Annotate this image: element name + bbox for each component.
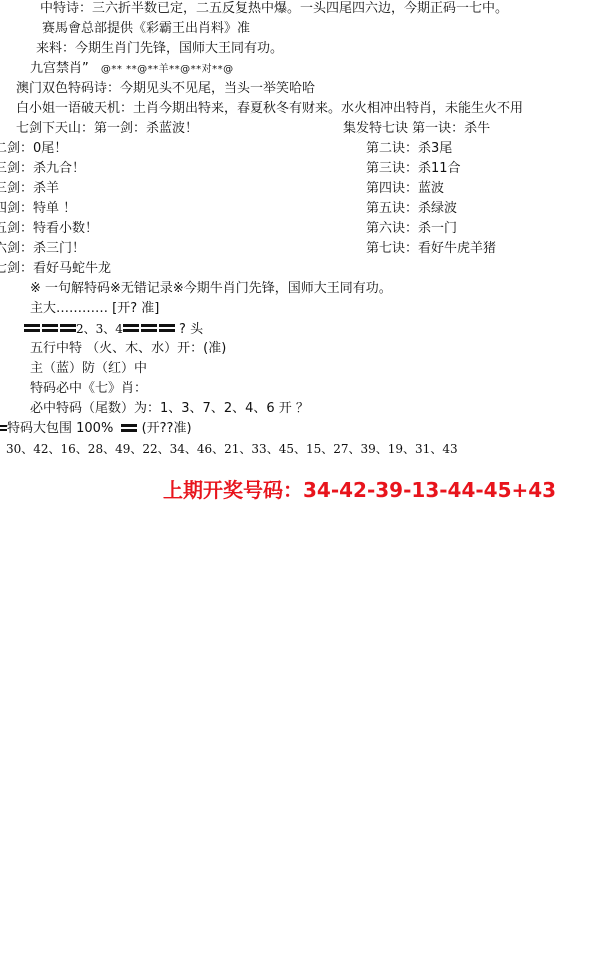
sword-row: 四剑：特单 ！	[0, 200, 76, 218]
secret-label: 第七诀：	[366, 241, 418, 256]
secret-row: 第七诀：看好牛虎羊猪	[366, 240, 496, 258]
sword-value: 看好马蛇牛龙	[33, 261, 111, 276]
sword-row: 三剑：杀羊	[0, 180, 59, 198]
sword-label: 五剑：	[0, 221, 33, 236]
secret-row: 第六诀：杀一门	[366, 220, 457, 238]
secret-label: 第六诀：	[366, 221, 418, 236]
last-draw-label: 上期开奖号码：	[163, 478, 303, 502]
last-draw-line: 上期开奖号码：34-42-39-13-44-45+43	[163, 476, 556, 504]
package-numbers: 30、42、16、28、49、22、34、46、21、33、45、15、27、3…	[6, 440, 458, 458]
sword-row: 五剑：特看小数！	[0, 220, 98, 238]
package-label: 特码大包围 100%	[7, 421, 113, 436]
secret-label: 第三诀：	[366, 161, 418, 176]
poem-line: 中特诗：三六折半数已定，二五反复热中爆。一头四尾四六边，今期正码一七中。	[40, 0, 508, 18]
provider-line: 赛馬會总部提供《彩霸王出肖料》准	[42, 20, 250, 38]
secret-value: 杀一门	[418, 221, 457, 236]
bar-icon	[0, 425, 7, 433]
secret-label: 第一诀：	[412, 121, 464, 136]
secret-value: 蓝波	[418, 181, 444, 196]
triple-bar-icon	[123, 321, 175, 339]
main-big-line: 主大………… [开? 准]	[30, 300, 159, 318]
seven-secrets-title: 集发特七诀	[343, 121, 408, 136]
macau-poem-line: 澳门双色特码诗：今期见头不见尾，当头一举笑哈哈	[16, 80, 315, 98]
sword-label: 三剑：	[0, 181, 33, 196]
color-line: 主（蓝）防（红）中	[30, 360, 147, 378]
tail-line: 必中特码（尾数）为：1、3、7、2、4、6 开 ？	[30, 400, 309, 418]
heads-suffix: ? 头	[175, 322, 203, 337]
secret-row: 第三诀：杀11合	[366, 160, 461, 178]
sword-value: 特单 ！	[33, 201, 76, 216]
heads-line: 2、3、4 ? 头	[24, 320, 203, 338]
nine-palace-line: 九宫禁肖” @** **@**羊**@**对**@	[30, 60, 234, 78]
sword-row: 二剑：0尾！	[0, 140, 67, 158]
secret-value: 杀绿波	[418, 201, 457, 216]
nine-palace-code: @** **@**羊**@**对**@	[101, 64, 234, 75]
package-suffix: (开??准)	[137, 421, 191, 436]
secret-row: 第五诀：杀绿波	[366, 200, 457, 218]
nine-palace-label: 九宫禁肖”	[30, 61, 89, 76]
sword-label: 二剑：	[0, 141, 33, 156]
sword-value: 杀羊	[33, 181, 59, 196]
record-line: ※ 一句解特码※无错记录※今期牛肖门先锋，国师大王同有功。	[30, 280, 392, 298]
last-draw-numbers: 34-42-39-13-44-45+43	[303, 478, 556, 502]
secret-row: 第二诀：杀3尾	[366, 140, 452, 158]
sword-value: 杀九合！	[33, 161, 85, 176]
sword-row: 六剑：杀三门！	[0, 240, 85, 258]
sword-value: 特看小数！	[33, 221, 98, 236]
zodiac-line: 特码必中《七》肖：	[30, 380, 147, 398]
sword-label: 六剑：	[0, 241, 33, 256]
five-elements-line: 五行中特 （火、木、水）开：(准)	[30, 340, 226, 358]
miss-bai-line: 白小姐一语破天机：土肖今期出特来，春夏秋冬有财来。水火相冲出特肖，未能生火不用	[16, 100, 523, 118]
secret-label: 第二诀：	[366, 141, 418, 156]
bar-icon	[121, 424, 137, 434]
sword-label: 四剑：	[0, 201, 33, 216]
sword-label: 三剑：	[0, 161, 33, 176]
sword-row: 三剑：杀九合！	[0, 160, 85, 178]
triple-bar-icon	[24, 321, 76, 339]
secret-value: 杀3尾	[418, 141, 452, 156]
seven-secrets-header: 集发特七诀 第一诀：杀牛	[343, 120, 490, 138]
sword-row: 七剑：看好马蛇牛龙	[0, 260, 111, 278]
secret-label: 第四诀：	[366, 181, 418, 196]
source-line: 来料：今期生肖门先锋，国师大王同有功。	[36, 40, 283, 58]
sword-label: 第一剑：	[94, 121, 146, 136]
package-line: 特码大包围 100% (开??准)	[0, 420, 192, 438]
seven-swords-header: 七剑下天山：第一剑：杀蓝波！	[16, 120, 198, 138]
secret-label: 第五诀：	[366, 201, 418, 216]
heads-numbers: 2、3、4	[76, 322, 123, 336]
sword-value: 杀三门！	[33, 241, 85, 256]
seven-swords-title: 七剑下天山：	[16, 121, 94, 136]
sword-value: 0尾！	[33, 141, 67, 156]
secret-row: 第四诀：蓝波	[366, 180, 444, 198]
sword-label: 七剑：	[0, 261, 33, 276]
sword-value: 杀蓝波！	[146, 121, 198, 136]
secret-value: 杀牛	[464, 121, 490, 136]
secret-value: 看好牛虎羊猪	[418, 241, 496, 256]
secret-value: 杀11合	[418, 161, 461, 176]
